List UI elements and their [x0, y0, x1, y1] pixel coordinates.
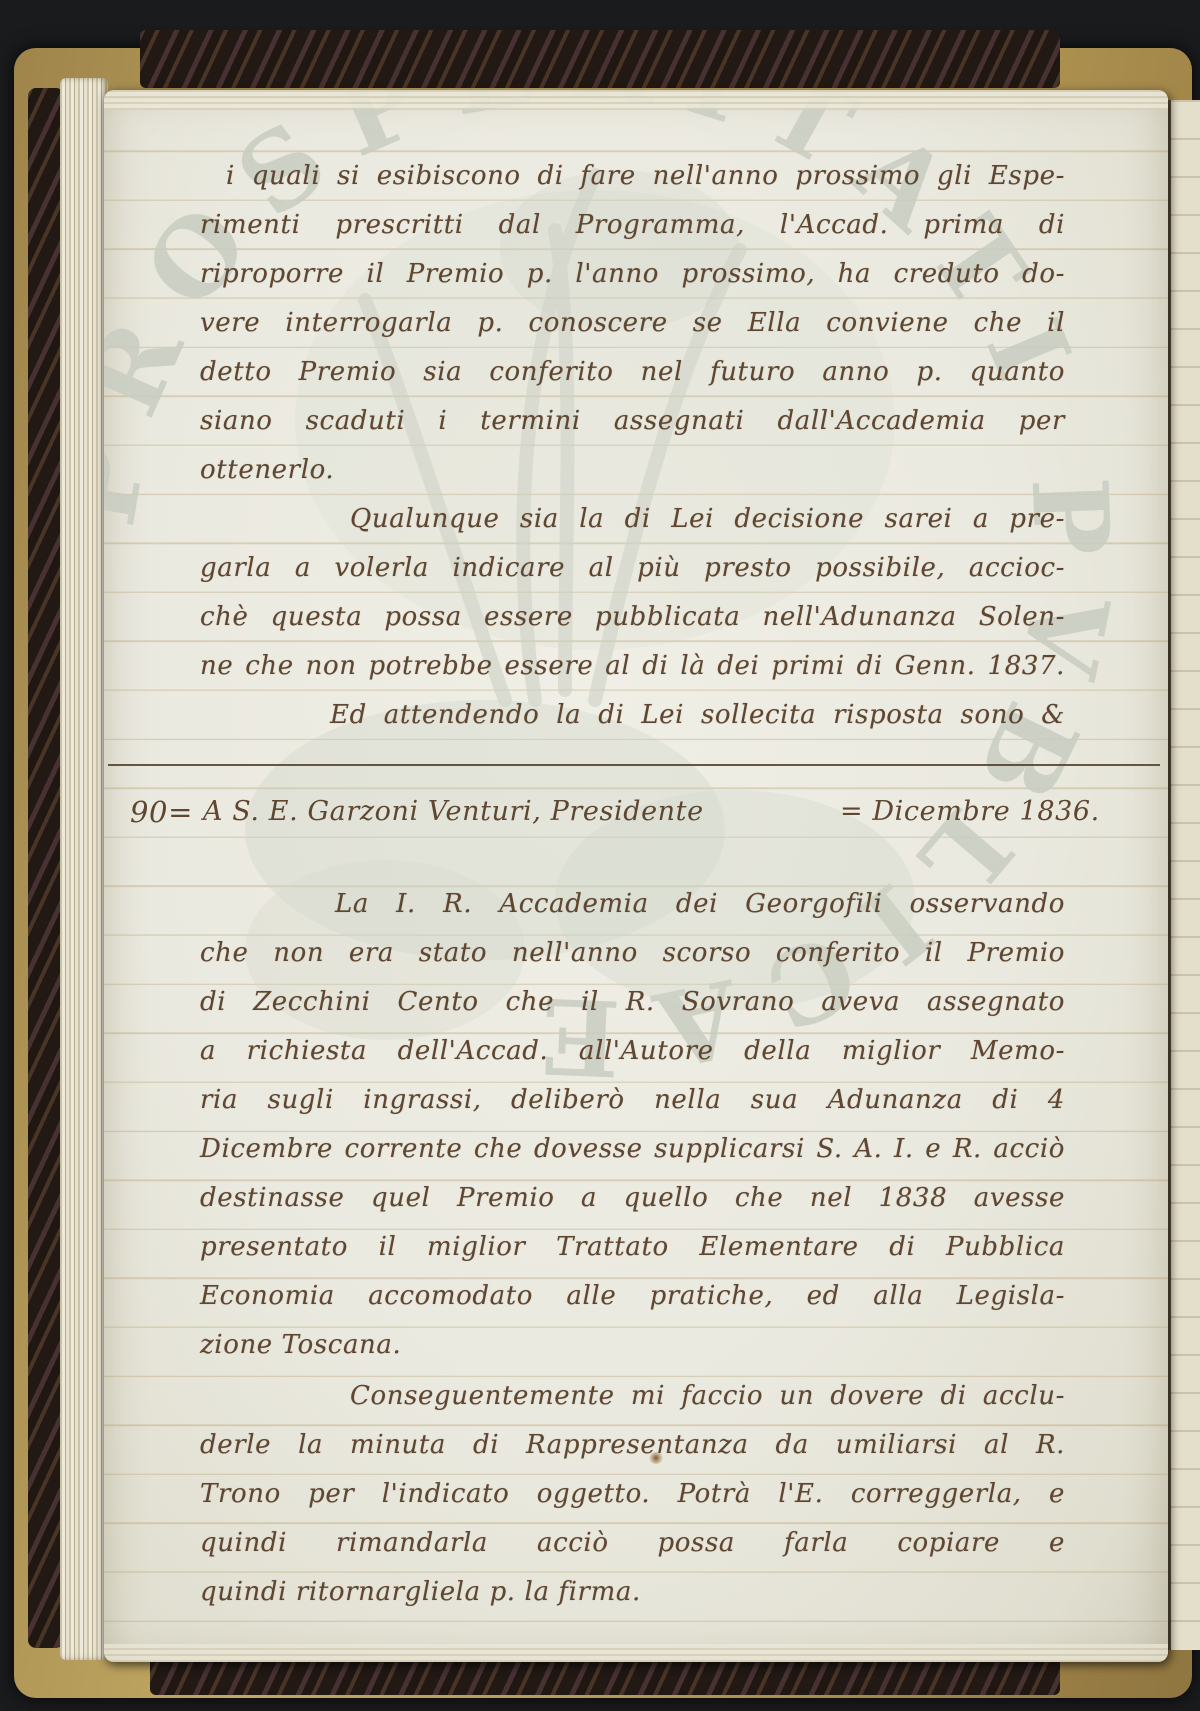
manuscript-line: ne che non potrebbe essere al di là dei … — [200, 642, 1065, 691]
manuscript-line: vere interrogarla p. conoscere se Ella c… — [200, 299, 1065, 348]
manuscript-line: detto Premio sia conferito nel futuro an… — [200, 348, 1065, 397]
manuscript-line: quindi ritornargliela p. la firma. — [200, 1568, 1065, 1617]
page-edges-left — [60, 78, 108, 1660]
page-edges-right — [1168, 100, 1200, 1650]
letter-closing: Conseguentemente mi faccio un dovere di … — [200, 1372, 1065, 1617]
manuscript-line: Qualunque sia la di Lei decisione sarei … — [200, 495, 1065, 544]
manuscript-line: ria sugli ingrassi, deliberò nella sua A… — [200, 1076, 1065, 1125]
page-bottom-edge — [104, 1644, 1168, 1662]
manuscript-line: riproporre il Premio p. l'anno prossimo,… — [200, 250, 1065, 299]
manuscript-line: Ed attendendo la di Lei sollecita rispos… — [200, 691, 1065, 740]
manuscript-line: zione Toscana. — [200, 1321, 1065, 1370]
marbled-leather-trim-top — [140, 30, 1060, 88]
manuscript-line: derle la minuta di Rappresentanza da umi… — [200, 1421, 1065, 1470]
manuscript-line: Trono per l'indicato oggetto. Potrà l'E.… — [200, 1470, 1065, 1519]
manuscript-line: Economia accomodato alle pratiche, ed al… — [200, 1272, 1065, 1321]
manuscript-line: rimenti prescritti dal Programma, l'Acca… — [200, 201, 1065, 250]
manuscript-line: quindi rimandarla acciò possa farla copi… — [200, 1519, 1065, 1568]
page-top-edge — [104, 90, 1168, 110]
letter-previous-entry: i quali si esibiscono di fare nell'anno … — [200, 152, 1065, 740]
entry-date: = Dicembre 1836. — [840, 787, 1100, 837]
manuscript-line: Dicembre corrente che dovesse supplicars… — [200, 1125, 1065, 1174]
manuscript-line: ottenerlo. — [200, 446, 1065, 495]
manuscript-line: chè questa possa essere pubblicata nell'… — [200, 593, 1065, 642]
marbled-leather-trim-left — [28, 88, 64, 1648]
manuscript-line: che non era stato nell'anno scorso confe… — [200, 929, 1065, 978]
manuscript-line: siano scaduti i termini assegnati dall'A… — [200, 397, 1065, 446]
manuscript-photo: PROSPERITATI PVBLICAE — [0, 0, 1200, 1711]
manuscript-line: garla a volerla indicare al più presto p… — [200, 544, 1065, 593]
manuscript-line: Conseguentemente mi faccio un dovere di … — [200, 1372, 1065, 1421]
entry-heading: 90= A S. E. Garzoni Venturi, Presidente … — [0, 787, 1200, 837]
letter-body: La I. R. Accademia dei Georgofili osserv… — [200, 880, 1065, 1370]
entry-number: 90= — [130, 787, 193, 837]
manuscript-line: presentato il miglior Trattato Elementar… — [200, 1223, 1065, 1272]
entry-recipient: A S. E. Garzoni Venturi, Presidente — [203, 787, 704, 837]
manuscript-line: i quali si esibiscono di fare nell'anno … — [200, 152, 1065, 201]
entry-separator-rule — [108, 764, 1160, 766]
manuscript-line: La I. R. Accademia dei Georgofili osserv… — [200, 880, 1065, 929]
manuscript-line: destinasse quel Premio a quello che nel … — [200, 1174, 1065, 1223]
manuscript-line: a richiesta dell'Accad. all'Autore della… — [200, 1027, 1065, 1076]
ink-stain — [648, 1452, 664, 1464]
manuscript-line: di Zecchini Cento che il R. Sovrano avev… — [200, 978, 1065, 1027]
